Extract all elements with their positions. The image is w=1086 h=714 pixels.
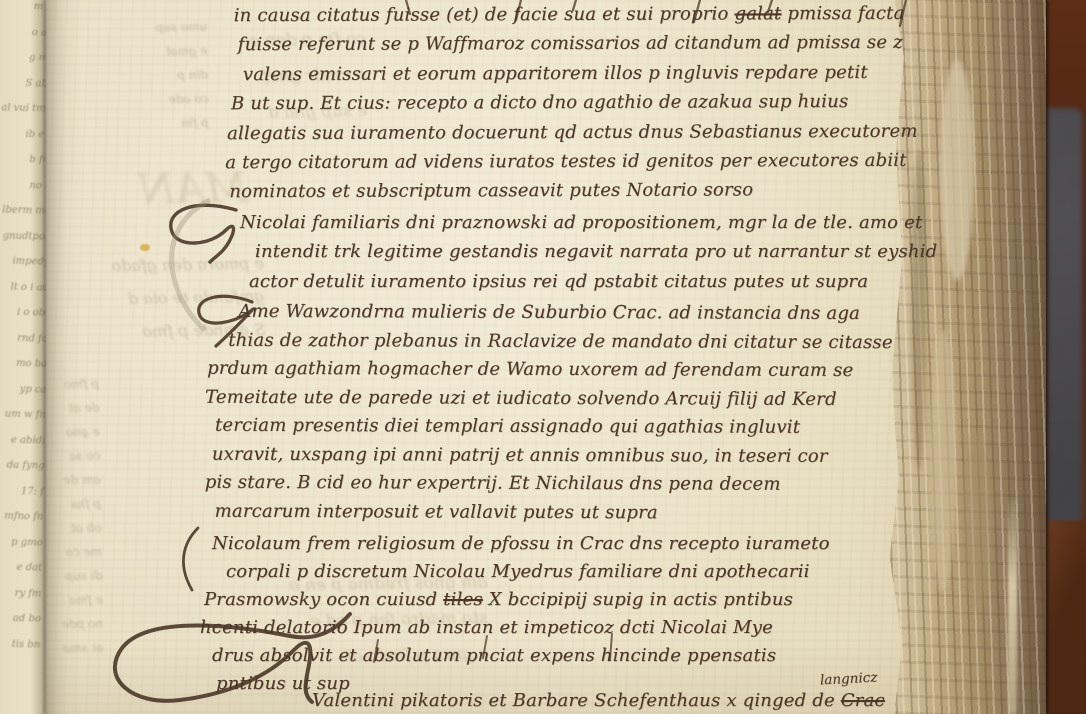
bleedthrough-line: at smo [62,636,104,661]
manuscript-line: Nicolaum frem religiosum de pfossu in Cr… [212,533,830,561]
line-text: pmissa facta [781,3,904,24]
bleedthrough-text: umo supe gmatdin pco adep fm [57,15,209,138]
struck-word: tiles [443,589,483,610]
bleedthrough-line: din p [58,63,208,90]
bleedthrough-line: am de [59,468,101,493]
bleedthrough-line: di sup [61,564,103,589]
manuscript-line: terciam presentis diei templari assignad… [215,415,893,446]
bleedthrough-line: p fns [60,492,102,517]
manuscript-line: nominatos et subscriptum casseavit putes… [229,179,918,211]
manuscript-line: pis stare. B cid eo hur expertrij. Et Ni… [205,472,893,503]
bleedthrough-text: p fmode ate gnoco saam dep fnsob atme co… [57,372,103,661]
fore-edge-lump [962,430,992,610]
fore-edge-highlight-ridge [1008,500,1017,714]
bleedthrough-line: umo sup [57,15,207,42]
bleedthrough-line: ob at [60,516,102,541]
line-text: in causa citatus fuisse (et) de facie su… [234,3,735,26]
bleedthrough-line: p fmo [57,372,99,397]
bleedthrough-line: e gmat [57,39,207,66]
bleedthrough-line: co ade [58,87,208,114]
manuscript-line: a tergo citatorum ad videns iuratos test… [225,150,918,182]
fore-edge-lump [940,60,974,280]
manuscript-line: corpali p discretum Nicolau Myedrus fami… [226,561,830,589]
manuscript-line: intendit trk legitime gestandis negavit … [255,241,937,270]
bleedthrough-line: e gno [58,420,100,445]
manuscript-line: drus absolvit et absolutum pnciat expens… [212,645,830,673]
manuscript-line: Valentini pikatoris et Barbare Schefenth… [312,690,885,714]
manuscript-scan: m fyo attg mpS abaal vui tmrtrib e zb fm… [0,0,1086,714]
paragraph-4: Nicolaum frem religiosum de pfossu in Cr… [212,533,830,701]
bleedthrough-line: de at [58,396,100,421]
superscript-correction: langnicz [820,670,878,689]
bleedthrough-line: co sa [59,444,101,469]
ink-stain [140,244,150,251]
manuscript-line: allegatis sua iuramento docuerunt qd act… [227,120,918,152]
paragraph-2: Nicolai familiaris dni praznowski ad pro… [240,212,937,300]
manuscript-line: marcarum interposuit et vallavit putes u… [215,500,893,531]
manuscript-line: actor detulit iuramento ipsius rei qd ps… [249,271,937,300]
manuscript-line: B ut sup. Et cius: recepto a dicto dno a… [231,91,918,123]
fore-edge-lump [930,330,956,590]
manuscript-line: valens emissari et eorum apparitorem ill… [243,62,918,94]
bleedthrough-line: no pde [62,612,104,637]
manuscript-line: Ame Wawzondrna mulieris de Suburbio Crac… [238,301,893,332]
bleedthrough-line: p fm [59,111,209,138]
gutter-fold-line [43,0,46,714]
struck-word: galat [734,3,781,24]
manuscript-line: Temeitate ute de parede uzi et iudicato … [205,386,893,417]
manuscript-line: prdum agathiam hogmacher de Wamo uxorem … [207,358,893,389]
paragraph-3: Ame Wawzondrna mulieris de Suburbio Crac… [238,301,893,531]
manuscript-line: uxravit, uxspang ipi anni patrij et anni… [212,443,893,474]
manuscript-line: Prasmowsky ocon cuiusd tiles X bccipipij… [204,589,830,617]
line-text: Valentini pikatoris et Barbare Schefenth… [312,690,841,711]
line-text: Prasmowsky ocon cuiusd [204,589,443,610]
paragraph-1: in causa citatus fuisse (et) de facie su… [234,3,918,211]
struck-word: Crac [841,690,885,711]
bleedthrough-line: e fma [61,588,103,613]
line-text: X bccipipij supig in actis pntibus [483,589,793,610]
manuscript-line: hcenti delatorio Ipum ab instan et impet… [200,617,830,645]
manuscript-line: Nicolai familiaris dni praznowski ad pro… [240,212,937,241]
bleedthrough-line: me co [60,540,102,565]
paragraph-5: Valentini pikatoris et Barbare Schefenth… [312,690,885,714]
manuscript-line: fuisse referunt se p Waffmaroz comissari… [238,32,918,64]
manuscript-line: thias de zathor plebanus in Raclavize de… [228,329,893,360]
manuscript-line: in causa citatus fuisse (et) de facie su… [234,3,918,35]
